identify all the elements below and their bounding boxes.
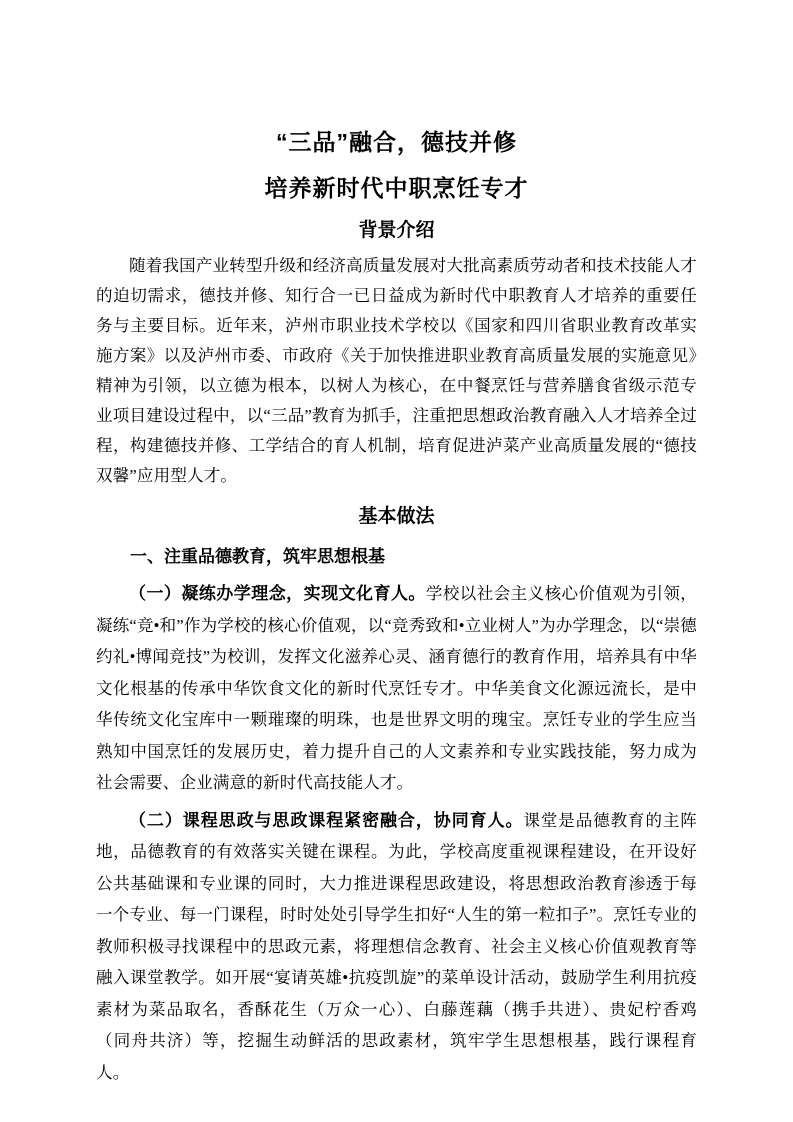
section-heading-background: 背景介绍 bbox=[96, 216, 697, 246]
paragraph-item-2-body: 课堂是品德教育的主阵地，品德教育的有效落实关键在课程。为此，学校高度重视课程建设… bbox=[96, 811, 697, 1082]
sub-heading-moral-education: 一、注重品德教育，筑牢思想根基 bbox=[96, 542, 697, 572]
doc-title-line-2: 培养新时代中职烹饪专才 bbox=[96, 172, 697, 205]
doc-title-line-1: “三品”融合，德技并修 bbox=[96, 126, 697, 159]
paragraph-item-2-lead: （二）课程思政与思政课程紧密融合，协同育人。 bbox=[129, 811, 523, 830]
paragraph-item-1-body: 学校以社会主义核心价值观为引领，凝练“竞•和”作为学校的核心价值观，以“竞秀致和… bbox=[96, 584, 697, 792]
paragraph-item-1-lead: （一）凝练办学理念，实现文化育人。 bbox=[129, 584, 426, 603]
paragraph-item-2: （二）课程思政与思政课程紧密融合，协同育人。课堂是品德教育的主阵地，品德教育的有… bbox=[96, 805, 697, 1089]
document-page: “三品”融合，德技并修 培养新时代中职烹饪专才 背景介绍 随着我国产业转型升级和… bbox=[0, 0, 793, 1122]
section-heading-methods: 基本做法 bbox=[96, 502, 697, 532]
paragraph-item-1: （一）凝练办学理念，实现文化育人。学校以社会主义核心价值观为引领，凝练“竞•和”… bbox=[96, 578, 697, 799]
paragraph-background: 随着我国产业转型升级和经济高质量发展对大批高素质劳动者和技术技能人才的迫切需求，… bbox=[96, 251, 697, 491]
